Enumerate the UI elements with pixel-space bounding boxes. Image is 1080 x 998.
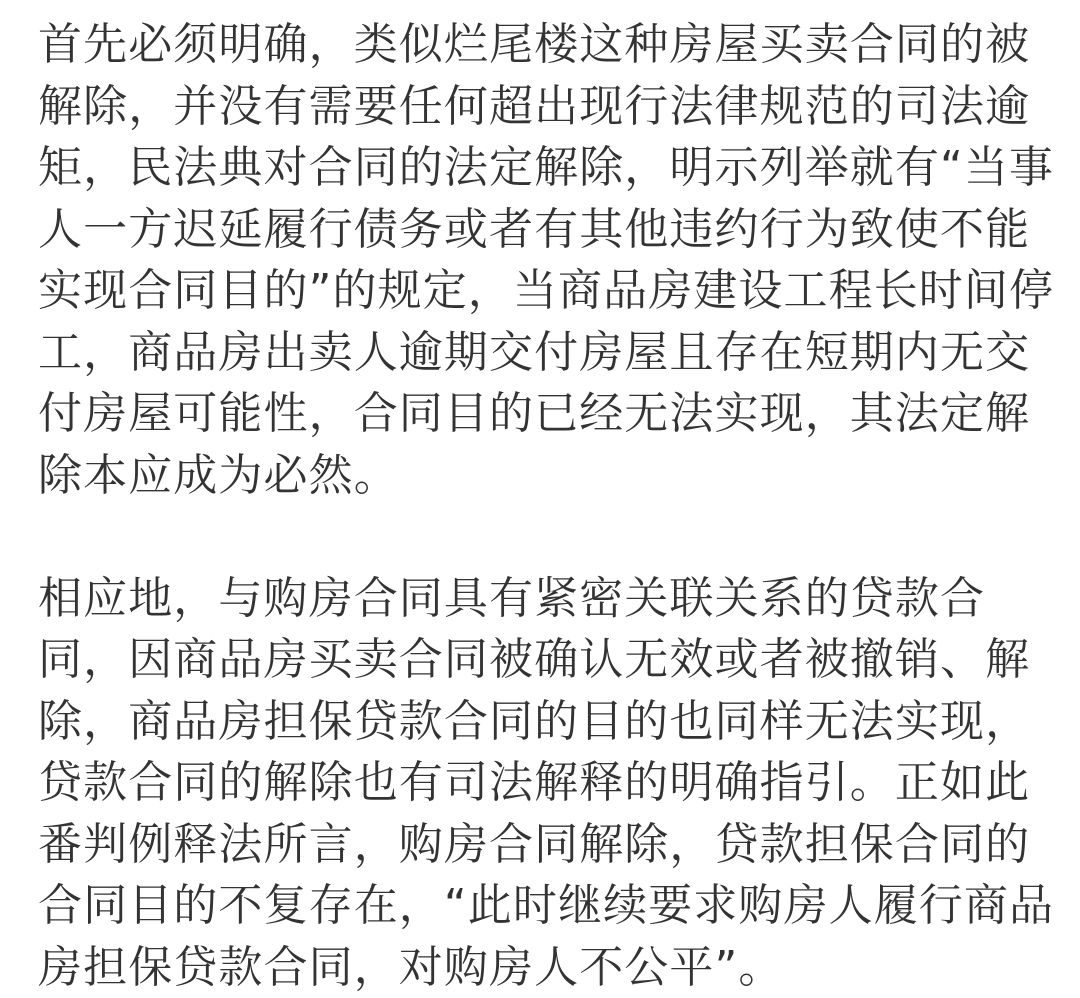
text-line: 相应地，与购房合同具有紧密关联关系的贷款合 xyxy=(38,568,1048,630)
paragraph-loan-contract: 相应地，与购房合同具有紧密关联关系的贷款合 同，因商品房买卖合同被确认无效或者被… xyxy=(38,568,1048,998)
text-line: 付房屋可能性，合同目的已经无法实现，其法定解 xyxy=(38,383,1048,445)
text-line: 工，商品房出卖人逾期交付房屋且存在短期内无交 xyxy=(38,322,1048,384)
article-body: 首先必须明确，类似烂尾楼这种房屋买卖合同的被 解除，并没有需要任何超出现行法律规… xyxy=(38,14,1048,998)
text-line: 人一方迟延履行债务或者有其他违约行为致使不能 xyxy=(38,199,1048,261)
text-line: 合同目的不复存在，“此时继续要求购房人履行商品 xyxy=(38,875,1048,937)
text-line: 番判例释法所言，购房合同解除，贷款担保合同的 xyxy=(38,814,1048,876)
text-line: 除本应成为必然。 xyxy=(38,445,1048,507)
text-line: 矩，民法典对合同的法定解除，明示列举就有“当事 xyxy=(38,137,1048,199)
text-line: 除，商品房担保贷款合同的目的也同样无法实现， xyxy=(38,691,1048,753)
text-line: 房担保贷款合同，对购房人不公平”。 xyxy=(38,937,1048,998)
text-line: 同，因商品房买卖合同被确认无效或者被撤销、解 xyxy=(38,629,1048,691)
text-line: 首先必须明确，类似烂尾楼这种房屋买卖合同的被 xyxy=(38,14,1048,76)
text-line: 贷款合同的解除也有司法解释的明确指引。正如此 xyxy=(38,752,1048,814)
paragraph-contract-termination: 首先必须明确，类似烂尾楼这种房屋买卖合同的被 解除，并没有需要任何超出现行法律规… xyxy=(38,14,1048,506)
text-line: 解除，并没有需要任何超出现行法律规范的司法逾 xyxy=(38,76,1048,138)
text-line: 实现合同目的”的规定，当商品房建设工程长时间停 xyxy=(38,260,1048,322)
